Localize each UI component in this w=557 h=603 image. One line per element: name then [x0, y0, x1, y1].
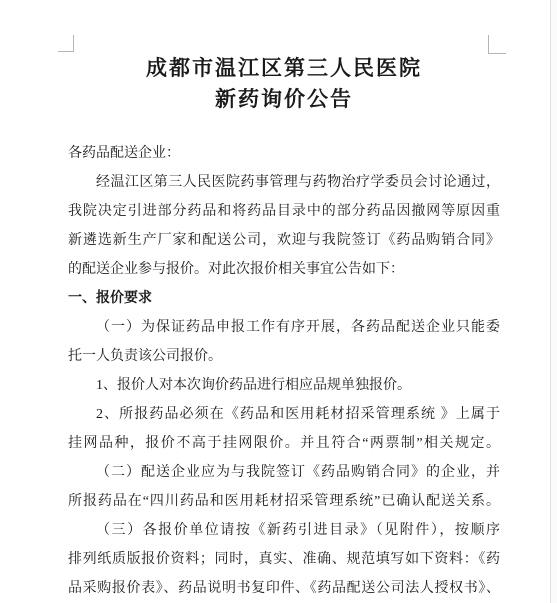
paragraph-line: 排列纸质版报价资料；同时，真实、准确、规范填写如下资料：《药	[68, 545, 500, 574]
paragraph-line: （一）为保证药品申报工作有序开展，各药品配送企业只能委	[68, 313, 500, 342]
document-body: 各药品配送企业： 经温江区第三人民医院药事管理与药物治疗学委员会讨论通过， 我院…	[68, 139, 500, 603]
title-line-1: 成都市温江区第三人民医院	[68, 53, 500, 84]
paragraph-line: 新遴选新生产厂家和配送公司，欢迎与我院签订《药品购销合同》	[68, 226, 500, 255]
page-edge-line	[550, 0, 551, 603]
paragraph-line: 所报药品在“四川药品和医用耗材招采管理系统”已确认配送关系。	[68, 487, 500, 516]
page-edge-strip	[551, 0, 557, 603]
paragraph-line: 我院决定引进部分药品和将药品目录中的部分药品因撤网等原因重	[68, 197, 500, 226]
margin-corner-mark-right	[488, 35, 506, 54]
paragraph-line: （二）配送企业应为与我院签订《药品购销合同》的企业，并	[68, 458, 500, 487]
paragraph-line: 挂网品种，报价不高于挂网限价。并且符合“两票制”相关规定。	[68, 429, 500, 458]
section-heading: 一、报价要求	[68, 284, 500, 313]
list-item-line: 2、所报药品必须在《药品和医用耗材招采管理系统 》上属于	[68, 400, 500, 429]
paragraph-line: 的配送企业参与报价。对此次报价相关事宜公告如下：	[68, 255, 500, 284]
list-item-line: 1、报价人对本次询价药品进行相应品规单独报价。	[68, 371, 500, 400]
salutation-line: 各药品配送企业：	[68, 139, 500, 168]
paragraph-line: 品采购报价表》、药品说明书复印件、《药品配送公司法人授权书》、	[68, 574, 500, 603]
document-page: 成都市温江区第三人民医院 新药询价公告 各药品配送企业： 经温江区第三人民医院药…	[0, 0, 557, 603]
margin-corner-mark-left	[58, 35, 74, 52]
paragraph-line: 托一人负责该公司报价。	[68, 342, 500, 371]
page-title: 成都市温江区第三人民医院 新药询价公告	[68, 53, 500, 115]
title-line-2: 新药询价公告	[68, 84, 500, 115]
paragraph-line: 经温江区第三人民医院药事管理与药物治疗学委员会讨论通过，	[68, 168, 500, 197]
paragraph-line: （三）各报价单位请按《新药引进目录》（见附件），按顺序	[68, 516, 500, 545]
